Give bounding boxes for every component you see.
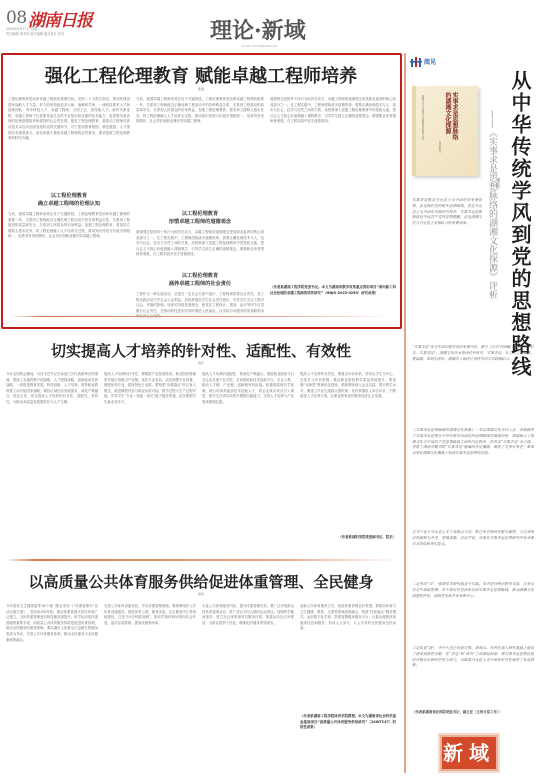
- ruanjian-label: 阅见: [424, 57, 436, 66]
- third-column-2: 完善公共体育设施布局，夯实体重管理基础。要统筹城乡公共体育设施建设，推进体育公园…: [104, 604, 196, 774]
- lead-column-2b: 道德观念是指导个体行为的内在动力，卓越工程师的道德观念是其职业素养的核心组成部分…: [136, 230, 264, 268]
- right-subtitle: ——《实事求是思想脉络的湖湘文化探源》评析: [486, 110, 498, 299]
- right-paragraph-3: 《实事求是思想脉络的湖湘文化探源》一书以湖湘文化为切入点，系统梳理了实事求是思想…: [412, 428, 534, 528]
- second-divider: [4, 559, 399, 561]
- third-headline: 以高质量公共体育服务供给促进体重管理、全民健身: [0, 571, 402, 592]
- xinyu-stamp: 新域: [440, 735, 498, 771]
- second-column-3: 提高人才培养的适配性，要深化产教融合。推进职业院校与行业企业共建产业学院、实训基…: [202, 372, 294, 542]
- section-title: 理论·新域: [210, 14, 306, 45]
- second-column-4: 提高人才培养的有效性，要健全评价体系。坚持以学生为中心，完善多元评价机制，推动职…: [300, 372, 396, 532]
- book-spine: [412, 86, 416, 176]
- editors-line: 责任编辑 胡秀英 版式编辑 版式设计 校对: [6, 32, 64, 37]
- book-publisher: 人民出版社: [437, 140, 441, 160]
- right-paragraph-2: “实事求是”作为中国传统学风的重要内容，源于《汉书·河间献王传》“修学好古，实事…: [412, 345, 534, 425]
- lead-column-3: 道德观念是指导个体行为的内在动力，卓越工程师的道德观念是其职业素养的核心组成部分…: [270, 97, 396, 283]
- second-column-2: 提高人才培养的针对性，要瞄准产业发展需求。职业院校要紧密对接区域重点产业链，优化…: [104, 372, 196, 542]
- lead-column-2c: 工程作为一种实践活动，总是在一定社会关系中进行，工程师承担着社会责任，其工程实践…: [136, 292, 264, 322]
- third-column-1: 今年国家卫生健康委等16个部门联合发布《“体重管理年”活动实施方案》，提出用3年…: [6, 604, 98, 774]
- lead-author-note: （作者系湖南工程学院党委书记。本文为湖南省教学改革重点资助项目“面向新工科社会伦…: [270, 285, 396, 296]
- book-series: 湖湘文化与中国共产党精神谱系研究丛书: [420, 95, 424, 155]
- lead-column-1b: 当前，我国卓越工程师培养正处于关键阶段，工程伦理教育是培养卓越工程师的重要一环，…: [8, 212, 130, 322]
- right-author: 胡长松: [497, 178, 502, 189]
- right-column-rule: [404, 53, 406, 773]
- third-byline: 雷伟: [0, 592, 402, 596]
- third-column-4: 创新公共体育服务方式，营造体重管理良好氛围。要推动体育与卫生健康、教育、文旅等领…: [300, 604, 396, 712]
- lead-subhead-3: 以工程伦理教育 涵养卓越工程师的社会责任: [136, 272, 264, 288]
- lead-column-1: 工程伦理教育是培养卓越工程师的重要内容。党的二十大报告指出，要加快建设国家战略人…: [8, 97, 130, 190]
- lead-subhead-2: 以工程伦理教育 形塑卓越工程师的道德观念: [136, 210, 264, 226]
- section-email: E-mail: hnrbllb@163.com: [242, 44, 277, 48]
- date-line: 2025年6月17日 星期二: [6, 27, 40, 32]
- right-author-note: （作者系湖南省社科院党组书记、副主任〔主持日常工作〕）: [412, 710, 534, 716]
- second-headline: 切实提高人才培养的针对性、适配性、有效性: [0, 340, 402, 361]
- second-author-note: （作者系邵阳学院党委副书记、院长）: [300, 535, 396, 541]
- lead-byline: 黄翊: [0, 87, 402, 91]
- right-paragraph-4: 全书立足于马克思主义立场观点方法，既注重史料的挖掘与梳理，又注重理论的阐释与升华…: [412, 530, 534, 580]
- second-byline: 钱平: [0, 361, 402, 365]
- ruanjian-logo-icon: [410, 56, 422, 68]
- book-title: 实事求是思想脉络的湖湘文化探源: [444, 92, 458, 142]
- page-number: 08: [6, 8, 27, 28]
- third-column-3: 丰富公共体育服务内容，提升体重管理实效。要广泛开展群众性体育赛事活动，推广适合不…: [202, 604, 294, 774]
- right-paragraph-5: 二是突出“实”，强调学术研究服务于实践。本书坚持理论联系实际，注重从历史中汲取智…: [412, 582, 534, 644]
- third-author-note: （作者系湖南工程学院体育学院教授。本文为湖南省社会科学基金基地项目“高质量公共体…: [300, 714, 396, 731]
- lead-headline: 强化工程伦理教育 赋能卓越工程师培养: [0, 62, 402, 88]
- second-column-1: 今年全国两会期间，习近平总书记在参加江苏代表团审议时强调，要深入实施科教兴国战略…: [6, 372, 98, 542]
- lead-divider: [10, 316, 395, 317]
- lead-column-2: 当前，我国卓越工程师培养正处于关键阶段，工程伦理教育是培养卓越工程师的重要一环，…: [136, 97, 264, 199]
- right-paragraph-6: 三是彰显“新”，书中大量运用新史料、新观点。作者在深入研究基础上提出了诸多创新性…: [412, 646, 534, 706]
- right-paragraph-1: 实事求是既是马克思主义中国化的重要思想，也是我们党的根本思想路线。党是马克思主义…: [412, 198, 482, 338]
- lead-subhead-1: 以工程伦理教育 确立卓越工程师的伦理认知: [8, 192, 130, 208]
- right-headline: 从中华传统学风到党的思想路线: [508, 70, 532, 378]
